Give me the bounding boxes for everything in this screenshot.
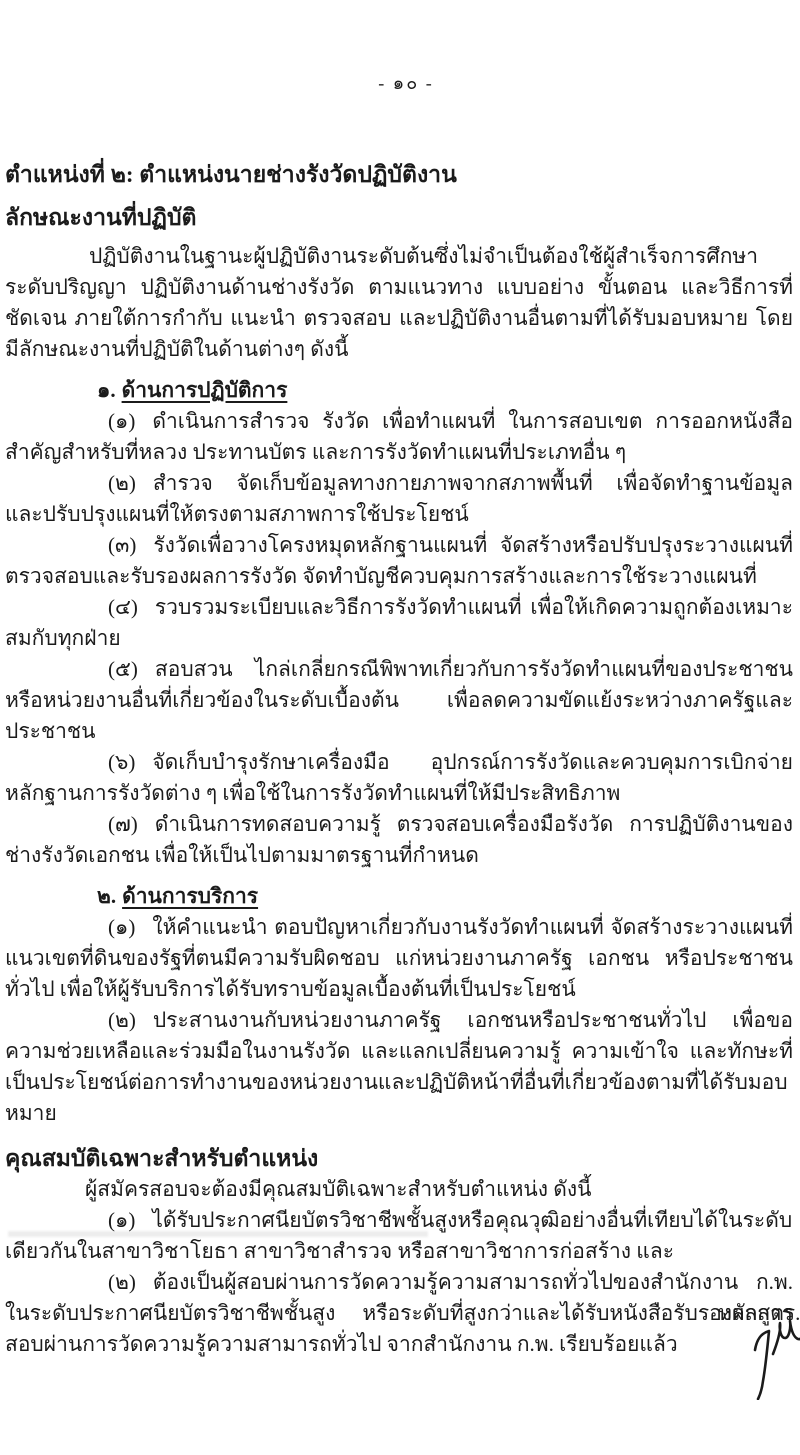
- page-number: - ๑๐ -: [0, 68, 800, 97]
- item-number: (๒): [108, 1270, 153, 1294]
- item-number: (๑): [108, 915, 152, 939]
- list-item: (๖)จัดเก็บบำรุงรักษาเครื่องมือ อุปกรณ์กา…: [5, 747, 793, 809]
- item-number: (๔): [108, 595, 155, 619]
- scan-artifact: [8, 1231, 428, 1237]
- item-number: (๑): [108, 409, 152, 433]
- signature-stroke: [773, 1321, 800, 1354]
- list-item: (๗)ดำเนินการทดสอบความรู้ ตรวจสอบเครื่องม…: [5, 809, 793, 871]
- list-item: (๕)สอบสวน ไกล่เกลี่ยกรณีพิพาทเกี่ยวกับกา…: [5, 654, 793, 747]
- intro-paragraph: ปฏิบัติงานในฐานะผู้ปฏิบัติงานระดับต้นซึ่…: [5, 241, 793, 365]
- position-title: ตำแหน่งที่ ๒: ตำแหน่งนายช่างรังวัดปฏิบัต…: [5, 160, 793, 190]
- qualifications-intro: ผู้สมัครสอบจะต้องมีคุณสมบัติเฉพาะสำหรับต…: [5, 1174, 793, 1205]
- section-number: ๑.: [97, 378, 122, 402]
- item-number: (๒): [108, 471, 153, 495]
- list-item: (๒)ประสานงานกับหน่วยงานภาครัฐ เอกชนหรือป…: [5, 1005, 793, 1129]
- signature-stroke: [755, 1331, 769, 1399]
- section-heading-service: ๒.ด้านการบริการ: [5, 881, 793, 912]
- document-content: ตำแหน่งที่ ๒: ตำแหน่งนายช่างรังวัดปฏิบัต…: [5, 160, 793, 1360]
- item-number: (๗): [108, 812, 155, 836]
- item-number: (๕): [108, 657, 155, 681]
- item-number: (๓): [108, 533, 153, 557]
- item-number: (๖): [108, 750, 152, 774]
- list-item: (๑)ดำเนินการสำรวจ รังวัด เพื่อทำแผนที่ ใ…: [5, 406, 793, 468]
- duties-heading: ลักษณะงานที่ปฏิบัติ: [5, 203, 793, 233]
- section-title: ด้านการปฏิบัติการ: [122, 378, 288, 402]
- handwritten-signature: [745, 1308, 800, 1400]
- item-number: (๒): [108, 1008, 153, 1032]
- section-heading-operations: ๑.ด้านการปฏิบัติการ: [5, 375, 793, 406]
- list-item: (๒)สำรวจ จัดเก็บข้อมูลทางกายภาพจากสภาพพื…: [5, 468, 793, 530]
- list-item: (๑)ให้คำแนะนำ ตอบปัญหาเกี่ยวกับงานรังวัด…: [5, 912, 793, 1005]
- section-title: ด้านการบริการ: [122, 884, 258, 908]
- list-item: (๓)รังวัดเพื่อวางโครงหมุดหลักฐานแผนที่ จ…: [5, 530, 793, 592]
- document-page: - ๑๐ - ตำแหน่งที่ ๒: ตำแหน่งนายช่างรังวั…: [0, 0, 800, 1455]
- qualifications-heading: คุณสมบัติเฉพาะสำหรับตำแหน่ง: [5, 1144, 793, 1174]
- section-number: ๒.: [97, 884, 122, 908]
- list-item: (๔)รวบรวมระเบียบและวิธีการรังวัดทำแผนที่…: [5, 592, 793, 654]
- list-item: (๒)ต้องเป็นผู้สอบผ่านการวัดความรู้ความสา…: [5, 1267, 793, 1360]
- item-number: (๑): [108, 1208, 152, 1232]
